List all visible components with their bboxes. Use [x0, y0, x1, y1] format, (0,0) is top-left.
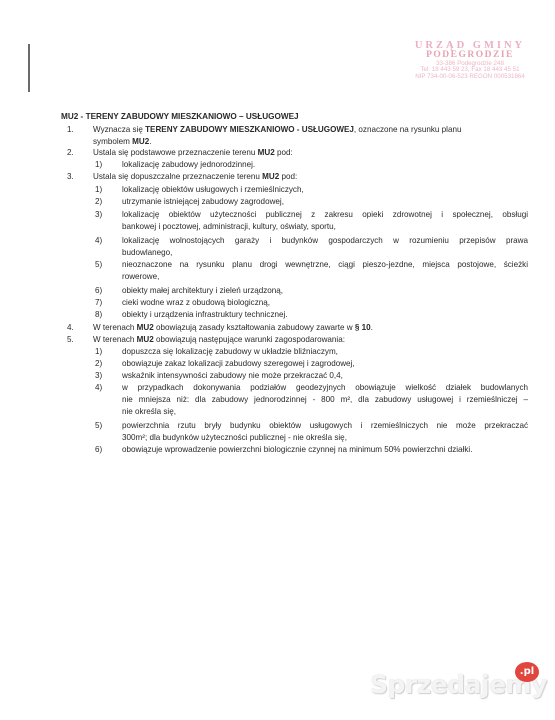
stamp-nip-regon: NIP 734-00-06-523 REGON 000531864: [395, 74, 545, 81]
item-number: 5.: [67, 334, 74, 346]
section-heading: MU2 - TERENY ZABUDOWY MIESZKANIOWO – USŁ…: [61, 111, 299, 123]
item-text: symbolem MU2.: [93, 136, 151, 148]
item-number: 1.: [67, 124, 74, 136]
office-stamp: URZĄD GMINY PODEGRODZIE 33-386 Podegrodz…: [395, 40, 545, 80]
item-text: Wyznacza się TERENY ZABUDOWY MIESZKANIOW…: [93, 124, 461, 136]
watermark-badge: .pl: [515, 662, 539, 682]
item-text: W terenach MU2 obowiązują zasady kształt…: [93, 322, 373, 334]
item-number: 2.: [67, 147, 74, 159]
margin-mark: [28, 44, 30, 92]
item-text: W terenach MU2 obowiązują następujące wa…: [93, 334, 345, 346]
item-text: Ustala się podstawowe przeznaczenie tere…: [93, 147, 293, 159]
item-text: Ustala się dopuszczalne przeznaczenie te…: [93, 171, 297, 183]
item-number: 4.: [67, 322, 74, 334]
item-number: 3.: [67, 171, 74, 183]
